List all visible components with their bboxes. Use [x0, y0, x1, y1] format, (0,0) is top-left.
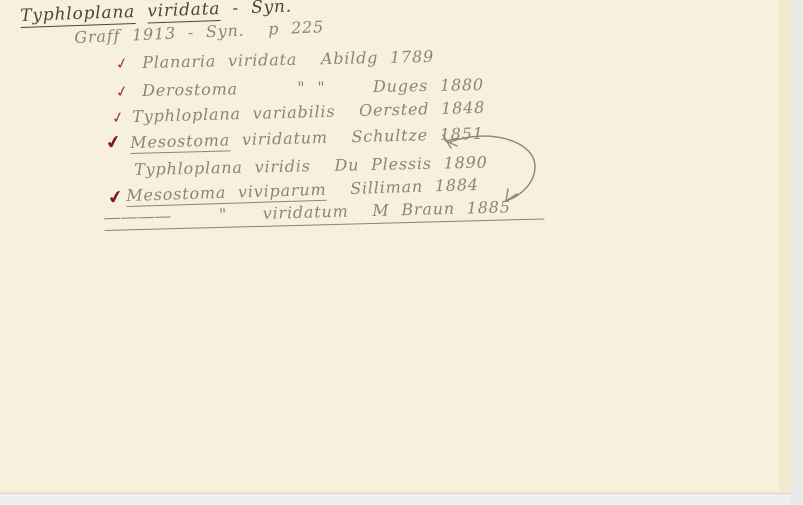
genus-text: Planaria	[142, 51, 216, 72]
synonym-row: Typhloplana viridis Du Plessis 1890	[134, 153, 488, 179]
rest-text: " " Duges 1880	[238, 75, 484, 98]
title-suffix: - Syn.	[220, 0, 292, 19]
rest-text: variabilis Oersted 1848	[241, 98, 486, 123]
scan-background-right	[791, 0, 803, 505]
genus-text: Typhloplana	[132, 104, 241, 126]
checkmark-icon: ✓	[110, 107, 126, 127]
checkmark-icon: ✓	[114, 53, 130, 73]
synonym-row: Typhloplana variabilis Oersted 1848	[132, 98, 485, 126]
synonym-row: Derostoma " " Duges 1880	[142, 75, 484, 100]
title-genus: Typhloplana	[20, 2, 135, 28]
synonym-row: Mesostoma viridatum Schultze 1851	[130, 124, 484, 152]
synonym-row: Planaria viridata Abildg 1789	[142, 47, 434, 72]
checkmark-icon: ✔	[106, 186, 125, 210]
card-edge-right	[779, 0, 791, 494]
checkmark-icon: ✓	[114, 81, 130, 101]
title-species: viridata	[147, 0, 221, 24]
scan-background-bottom	[0, 493, 803, 505]
checkmark-icon: ✔	[104, 131, 123, 155]
genus-text: Mesostoma	[130, 130, 230, 154]
connector-arrow-icon	[438, 124, 558, 216]
index-card: Typhloplana viridata - Syn. Graff 1913 -…	[0, 0, 791, 494]
genus-text: Typhloplana	[134, 158, 243, 179]
rest-text: viridata Abildg 1789	[216, 47, 434, 71]
genus-text: Derostoma	[142, 79, 238, 100]
